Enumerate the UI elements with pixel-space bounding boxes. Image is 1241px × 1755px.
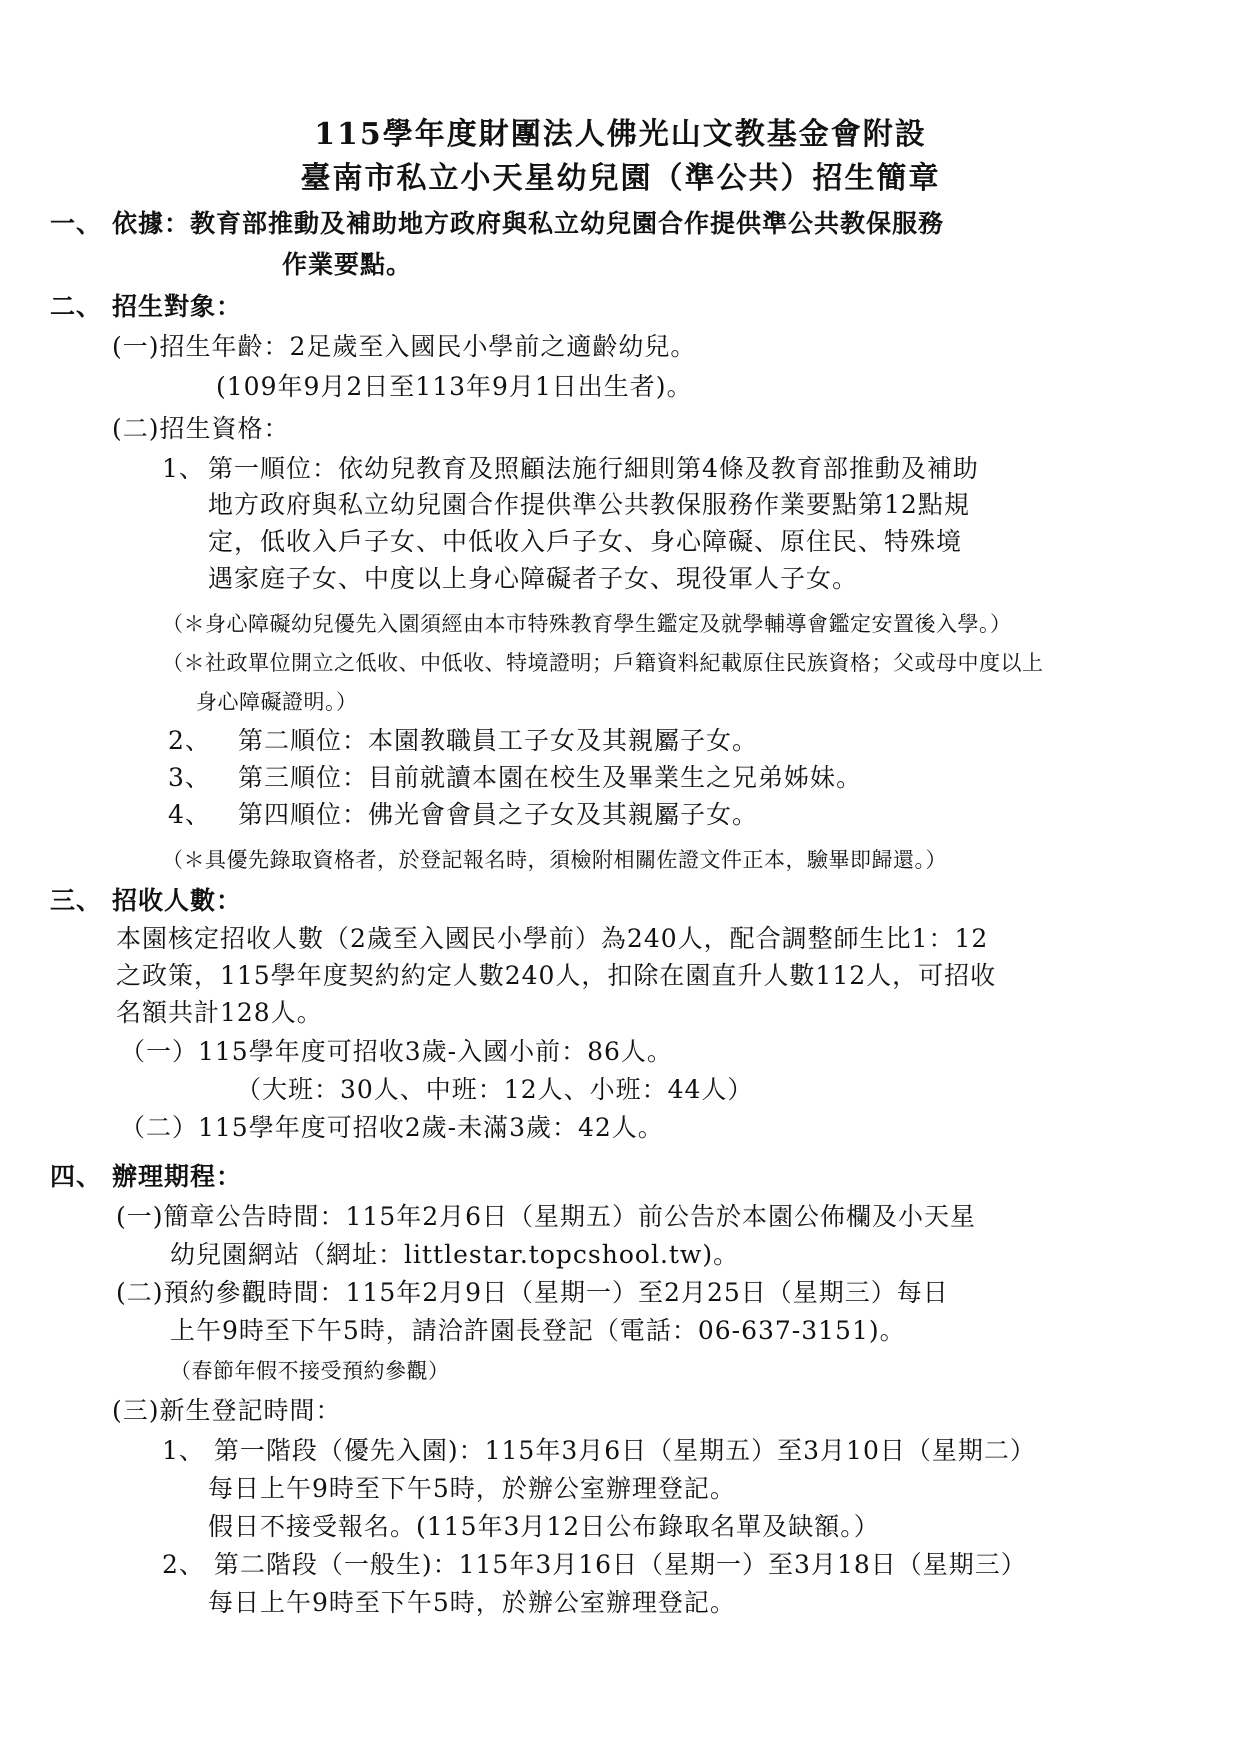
- registration-time-label: (三)新生登記時間：: [112, 1394, 342, 1428]
- priority-4-text: 第四順位：佛光會會員之子女及其親屬子女。: [238, 800, 758, 829]
- stage-1-line3: 假日不接受報名。(115年3月12日公布錄取名單及缺額。）: [208, 1510, 880, 1544]
- priority-4: 4、第四順位：佛光會會員之子女及其親屬子女。: [168, 798, 758, 832]
- announcement-time-line1: (一)簡章公告時間：115年2月6日（星期五）前公告於本園公佈欄及小天星: [116, 1200, 976, 1234]
- quota-paragraph-line1: 本園核定招收人數（2歲至入國民小學前）為240人，配合調整師生比1：12: [116, 922, 988, 956]
- visit-holiday-note: （春節年假不接受預約參觀）: [170, 1354, 450, 1388]
- quota-age2: （二）115學年度可招收2歲-未滿3歲：42人。: [120, 1111, 664, 1145]
- enrollment-birth-range: (109年9月2日至113年9月1日出生者)。: [216, 370, 693, 404]
- section-1-heading: 一、依據：教育部推動及補助地方政府與私立幼兒園合作提供準公共教保服務: [50, 207, 944, 241]
- section-4-number: 四、: [50, 1160, 112, 1194]
- note-certificates-line1: （＊社政單位開立之低收、中低收、特境證明；戶籍資料紀載原住民族資格；父或母中度以…: [162, 646, 1044, 680]
- priority-2-text: 第二順位：本園教職員工子女及其親屬子女。: [238, 726, 758, 755]
- enrollment-age: (一)招生年齡：2足歲至入國民小學前之適齡幼兒。: [112, 330, 696, 364]
- section-2-heading: 二、招生對象：: [50, 290, 242, 324]
- section-1-number: 一、: [50, 207, 112, 241]
- priority-1-index: 1、: [162, 452, 208, 486]
- section-4-heading: 四、辦理期程：: [50, 1160, 242, 1194]
- priority-1-line2: 地方政府與私立幼兒園合作提供準公共教保服務作業要點第12點規: [208, 488, 970, 522]
- section-2-title: 招生對象：: [112, 292, 242, 321]
- note-disability: （＊身心障礙幼兒優先入園須經由本市特殊教育學生鑑定及就學輔導會鑑定安置後入學。）: [162, 607, 1012, 641]
- priority-3-index: 3、: [168, 761, 238, 795]
- priority-2-index: 2、: [168, 724, 238, 758]
- note-certificates-line2: 身心障礙證明。）: [196, 685, 358, 719]
- quota-class-breakdown: （大班：30人、中班：12人、小班：44人）: [236, 1073, 753, 1107]
- priority-1-line4: 遇家庭子女、中度以上身心障礙者子女、現役軍人子女。: [208, 562, 858, 596]
- section-2-number: 二、: [50, 290, 112, 324]
- quota-age3-plus: （一）115學年度可招收3歲-入國小前：86人。: [120, 1035, 673, 1069]
- visit-time-line1: (二)預約參觀時間：115年2月9日（星期一）至2月25日（星期三）每日: [116, 1276, 949, 1310]
- quota-paragraph-line3: 名額共計128人。: [116, 996, 323, 1030]
- priority-1-line3: 定，低收入戶子女、中低收入戶子女、身心障礙、原住民、特殊境: [208, 525, 962, 559]
- document-title-line2: 臺南市私立小天星幼兒園（準公共）招生簡章: [0, 162, 1241, 196]
- note-documents: （＊具優先錄取資格者，於登記報名時，須檢附相關佐證文件正本，驗畢即歸還。）: [162, 843, 947, 877]
- priority-1-line1: 1、第一順位：依幼兒教育及照顧法施行細則第4條及教育部推動及補助: [162, 452, 979, 486]
- section-3-heading: 三、招收人數：: [50, 884, 242, 918]
- document-title-line1: 115學年度財團法人佛光山文教基金會附設: [0, 118, 1241, 152]
- section-3-title: 招收人數：: [112, 886, 242, 915]
- enrollment-qualification-label: (二)招生資格：: [112, 412, 290, 446]
- stage-1-line1: 1、 第一階段（優先入園)：115年3月6日（星期五）至3月10日（星期二）: [162, 1434, 1036, 1468]
- section-4-title: 辦理期程：: [112, 1162, 242, 1191]
- priority-2: 2、第二順位：本園教職員工子女及其親屬子女。: [168, 724, 758, 758]
- section-1-title: 依據：教育部推動及補助地方政府與私立幼兒園合作提供準公共教保服務: [112, 209, 944, 238]
- section-1-heading-cont: 作業要點。: [282, 248, 412, 282]
- priority-1-text: 第一順位：依幼兒教育及照顧法施行細則第4條及教育部推動及補助: [208, 454, 979, 483]
- priority-4-index: 4、: [168, 798, 238, 832]
- stage-2-line2: 每日上午9時至下午5時，於辦公室辦理登記。: [208, 1586, 736, 1620]
- section-3-number: 三、: [50, 884, 112, 918]
- priority-3-text: 第三順位：目前就讀本園在校生及畢業生之兄弟姊妹。: [238, 763, 862, 792]
- priority-3: 3、第三順位：目前就讀本園在校生及畢業生之兄弟姊妹。: [168, 761, 862, 795]
- stage-1-line2: 每日上午9時至下午5時，於辦公室辦理登記。: [208, 1472, 736, 1506]
- quota-paragraph-line2: 之政策，115學年度契約約定人數240人，扣除在園直升人數112人，可招收: [116, 959, 996, 993]
- announcement-time-line2: 幼兒園網站（網址：littlestar.topcshool.tw)。: [170, 1238, 739, 1272]
- visit-time-line2: 上午9時至下午5時，請洽許園長登記（電話：06-637-3151)。: [170, 1314, 906, 1348]
- stage-2-line1: 2、 第二階段（一般生)：115年3月16日（星期一）至3月18日（星期三）: [162, 1548, 1027, 1582]
